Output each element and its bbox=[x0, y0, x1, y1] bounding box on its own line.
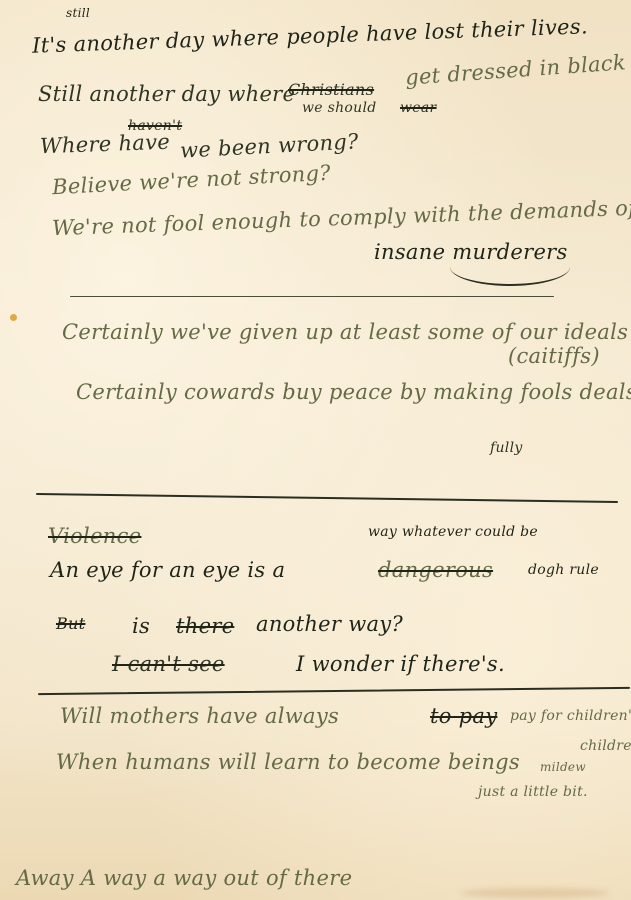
lyric-line-footer: Away A way a way out of there bbox=[16, 866, 352, 890]
lyric-line: another way? bbox=[256, 612, 403, 636]
struck-word: to pay bbox=[430, 704, 497, 728]
lyric-line-continuation: pay for children's fa bbox=[510, 708, 631, 724]
lyric-line: It's another day where people have lost … bbox=[32, 14, 588, 57]
struck-heading: Violence bbox=[48, 524, 141, 548]
section-divider bbox=[70, 296, 554, 297]
insertion-still: still bbox=[66, 6, 90, 20]
lyric-line: Still another day where bbox=[38, 82, 295, 106]
inserted-word: mildew bbox=[540, 760, 586, 774]
manuscript-page: still It's another day where people have… bbox=[0, 0, 631, 900]
struck-word: haven't bbox=[128, 118, 182, 134]
lyric-line: Will mothers have always bbox=[60, 704, 339, 728]
struck-word: Christians bbox=[288, 80, 374, 99]
section-divider bbox=[36, 493, 618, 503]
inserted-word: fully bbox=[490, 440, 523, 456]
lyric-line-continuation: dogh rule bbox=[528, 562, 599, 578]
struck-word: dangerous bbox=[378, 558, 493, 582]
lyric-line: I wonder if there's. bbox=[296, 652, 505, 676]
paper-stain bbox=[10, 314, 17, 321]
struck-phrase: I can't see bbox=[112, 652, 225, 676]
lyric-line: we been wrong? bbox=[179, 129, 359, 162]
lyric-line: We're not fool enough to comply with the… bbox=[52, 196, 631, 240]
inserted-phrase: way whatever could be bbox=[368, 524, 538, 540]
lyric-line: Certainly we've given up at least some o… bbox=[62, 320, 628, 344]
underline-arc bbox=[450, 248, 570, 286]
section-divider bbox=[38, 687, 630, 695]
paper-stain bbox=[460, 888, 610, 898]
inserted-phrase: we should bbox=[302, 100, 377, 116]
inserted-phrase: just a little bit. bbox=[478, 784, 588, 800]
lyric-line: When humans will learn to become beings bbox=[56, 750, 520, 774]
struck-word: there bbox=[176, 614, 234, 638]
annotation: (caitiffs) bbox=[508, 344, 600, 368]
lyric-line: Certainly cowards buy peace by making fo… bbox=[76, 380, 631, 404]
struck-word: But bbox=[56, 614, 85, 633]
struck-word: wear bbox=[400, 100, 437, 116]
inserted-word: children bbox=[580, 738, 631, 754]
lyric-line: Believe we're not strong? bbox=[52, 161, 332, 200]
lyric-line: An eye for an eye is a bbox=[50, 558, 285, 582]
lyric-line-continuation: get dressed in black bbox=[404, 50, 626, 89]
lyric-line: is bbox=[132, 614, 150, 638]
lyric-line: Where have bbox=[40, 130, 171, 159]
